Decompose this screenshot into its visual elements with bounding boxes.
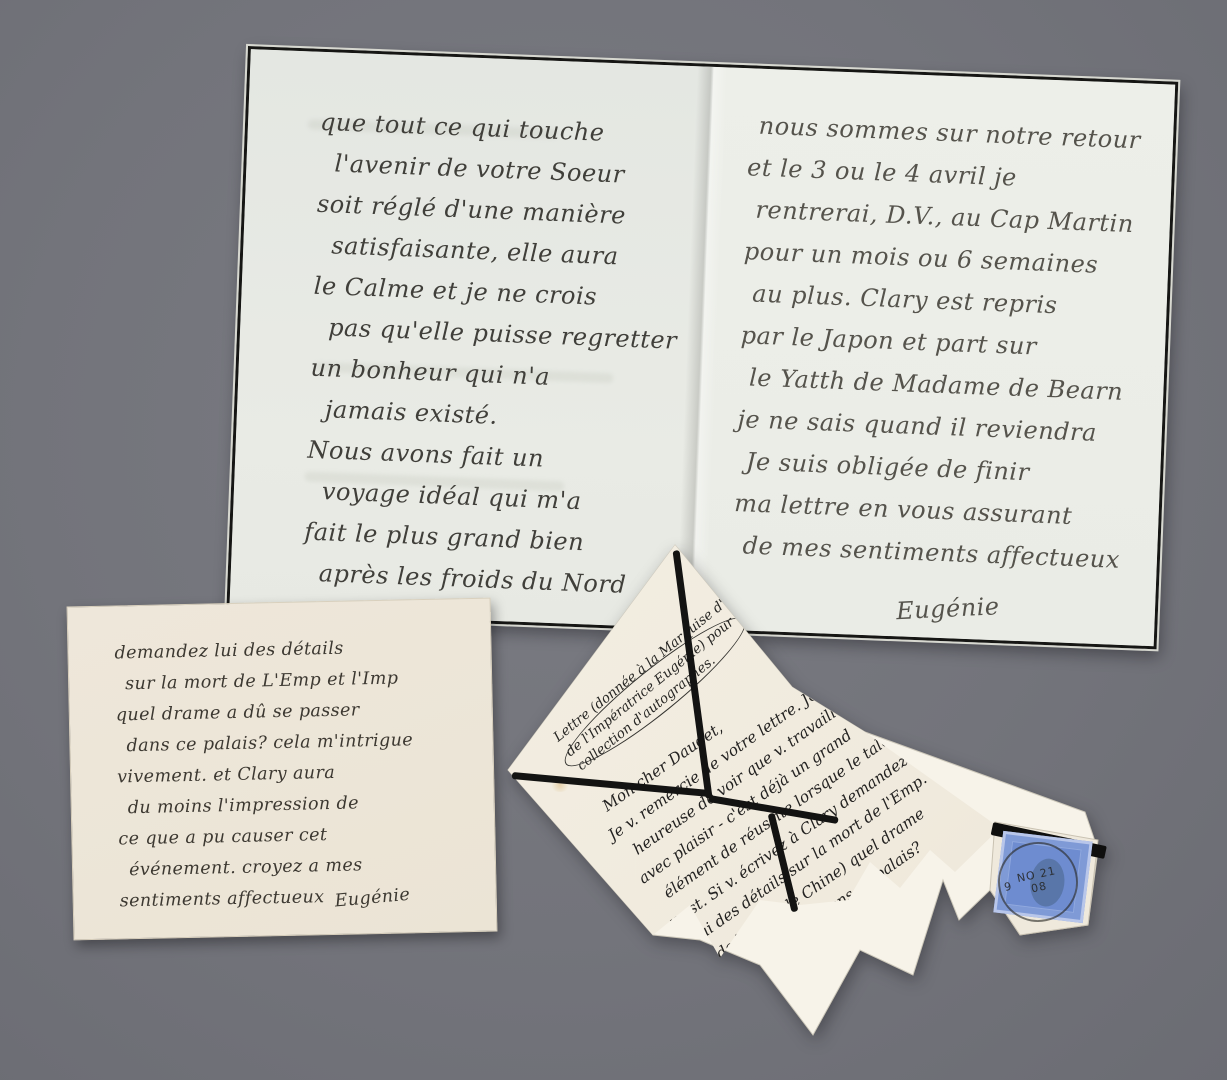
opened-envelope: Lettre (donnée à la Marquise d'Espagne d… — [492, 536, 1142, 1046]
auction-photo-lot: { "photo": { "background_color": "#73747… — [0, 0, 1227, 1080]
autograph-card: demandez lui des détails sur la mort de … — [67, 598, 498, 941]
eugenie-signature: Eugénie — [333, 880, 411, 918]
left-page-text: que tout ce qui touche l'avenir de votre… — [302, 102, 686, 608]
card-text: demandez lui des détails sur la mort de … — [114, 632, 416, 917]
handwriting-line: sur la mort de L'Emp et l'Imp — [125, 663, 412, 700]
handwriting-line: sentiments affectueux — [119, 882, 324, 917]
handwriting-line: dans ce palais? cela m'intrigue — [126, 725, 413, 762]
